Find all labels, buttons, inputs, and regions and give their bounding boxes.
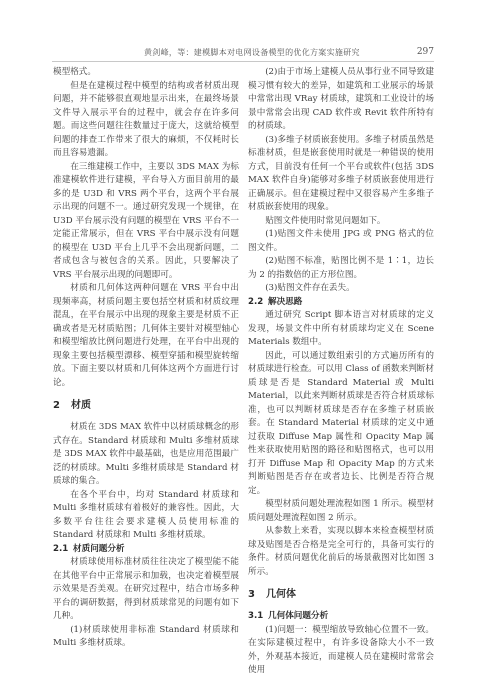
subsection-number: 3.1	[248, 610, 268, 624]
subsection-heading-3-1: 3.1几何体问题分析	[248, 610, 434, 624]
header-rule	[52, 61, 434, 62]
subsection-heading-2-1: 2.1材质问题分析	[53, 543, 239, 557]
paragraph: 贴图文件使用时常见问题如下。	[248, 215, 434, 229]
paragraph: (1)问题一：模型缩放导致轴心位置不一致。在实际建模过程中，有许多设备除大小不一…	[248, 624, 434, 678]
section-heading-2: 2材质	[53, 399, 239, 413]
paragraph: 在各个平台中，均对 Standard 材质球和 Multi 多维材质球有着极好的…	[53, 489, 239, 543]
subsection-number: 2.1	[53, 543, 73, 557]
paragraph: 材质和几何体这两种问题在 VRS 平台中出现频率高，材质问题主要包括空材质和材质…	[53, 282, 239, 390]
paragraph: 通过研究 Script 脚本语言对材质球的定义发现，场景文件中所有材质球均定义在…	[248, 309, 434, 350]
subsection-heading-2-2: 2.2解决思路	[248, 296, 434, 310]
paragraph: 材质球使用标准材质往往决定了模型能不能在其他平台中正常展示和加载，也决定着模型展…	[53, 556, 239, 624]
running-title: 黄剑峰，等：建模脚本对电网设备模型的优化方案实施研究	[144, 47, 360, 58]
running-header: 黄剑峰，等：建模脚本对电网设备模型的优化方案实施研究 297	[52, 47, 434, 61]
paragraph: (1)材质球使用非标准 Standard 材质球和 Multi 多维材质球。	[53, 624, 239, 651]
paragraph: (3)多维子材质嵌套使用。多维子材质虽然是标准材质，但是嵌套使用时就是一种错误的…	[248, 134, 434, 215]
paragraph: (2)由于市场上建模人员从事行业不同导致建模习惯有较大的差异，如建筑和工业展示的…	[248, 66, 434, 134]
section-title: 几何体	[266, 589, 296, 600]
subsection-number: 2.2	[248, 296, 268, 310]
subsection-title: 解决思路	[268, 297, 302, 307]
paragraph: 但是在建模过程中模型的结构或者材质出现问题，并不能够很直观地显示出来，在最终场景…	[53, 80, 239, 161]
section-number: 2	[53, 399, 71, 413]
paragraph: 因此，可以通过数组索引的方式遍历所有的材质球进行检查。可以用 Class of …	[248, 350, 434, 499]
paragraph: (3)贴图文件存在丢失。	[248, 282, 434, 296]
paragraph: 材质在 3DS MAX 软件中以材质球概念的形式存在。Standard 材质球和…	[53, 421, 239, 489]
page-number: 297	[417, 47, 434, 57]
paragraph: (2)贴图不标准，贴图比例不是 1∶1，边长为 2 的指数倍的正方形位图。	[248, 255, 434, 282]
paragraph: 模型格式。	[53, 66, 239, 80]
section-heading-3: 3几何体	[248, 588, 434, 602]
section-number: 3	[248, 588, 266, 602]
subsection-title: 材质问题分析	[73, 544, 125, 554]
paragraph: 从参数上来看，实现以脚本来检查模型材质球及贴图是否合格是完全可行的，具备可实行的…	[248, 525, 434, 579]
right-column: (2)由于市场上建模人员从事行业不同导致建模习惯有较大的差异，如建筑和工业展示的…	[248, 66, 434, 678]
paragraph: 在三维建模工作中，主要以 3DS MAX 为标准建模软件进行建模，平台导入方面目…	[53, 161, 239, 283]
paragraph: (1)贴图文件未使用 JPG 或 PNG 格式的位图文件。	[248, 228, 434, 255]
section-title: 材质	[71, 400, 91, 411]
paragraph: 模型材质问题处理流程如图 1 所示。模型材质问题处理流程如图 2 所示。	[248, 498, 434, 525]
subsection-title: 几何体问题分析	[268, 611, 328, 621]
left-column: 模型格式。 但是在建模过程中模型的结构或者材质出现问题，并不能够很直观地显示出来…	[53, 66, 239, 651]
